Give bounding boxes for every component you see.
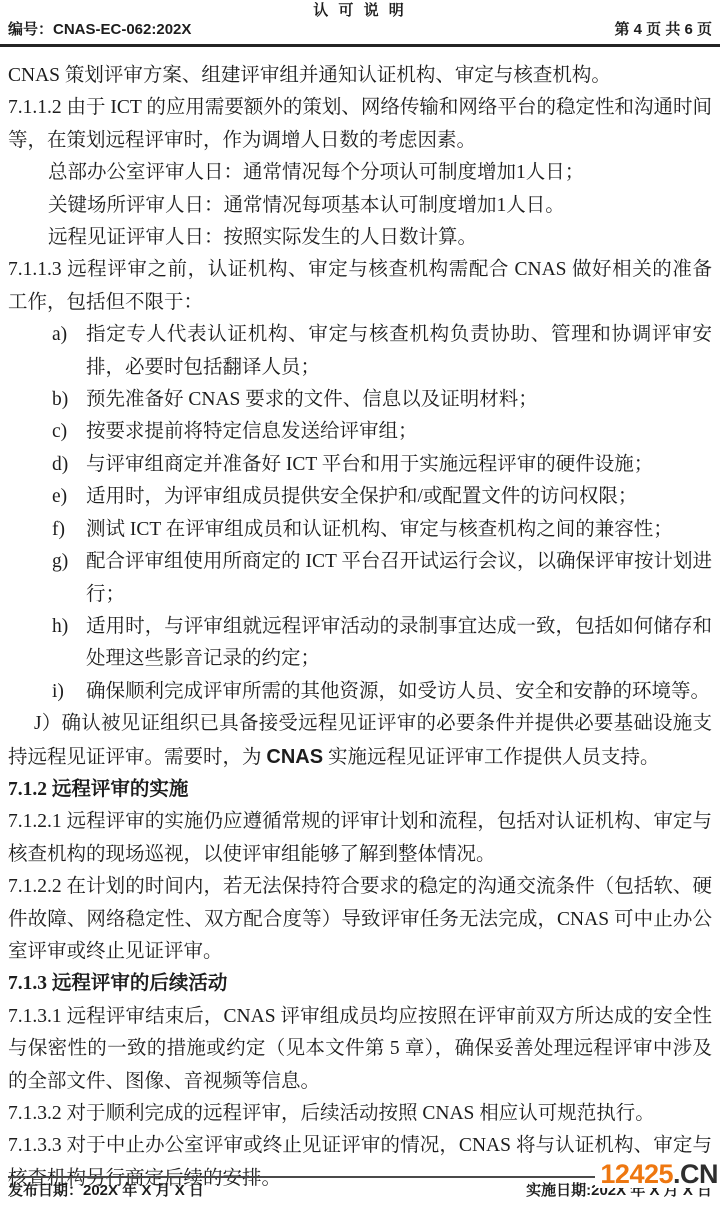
inline-text: 实施远程见证评审工作提供人员支持。 (323, 747, 659, 768)
list-item-marker: a) (52, 319, 86, 384)
list-item: i)确保顺利完成评审所需的其他资源，如受访人员、安全和安静的环境等。 (8, 676, 712, 708)
list-item-text: 确保顺利完成评审所需的其他资源，如受访人员、安全和安静的环境等。 (86, 676, 712, 708)
watermark-number: 12425 (600, 1159, 673, 1189)
issue-date: 发布日期：202X 年 X 月 X 日 (8, 1181, 204, 1200)
list-item: c)按要求提前将特定信息发送给评审组； (8, 416, 712, 448)
paragraph: 7.1.2.1 远程评审的实施仍应遵循常规的评审计划和流程，包括对认证机构、审定… (8, 806, 712, 871)
list-item-marker: c) (52, 416, 86, 448)
list-item-text: 与评审组商定并准备好 ICT 平台和用于实施远程评审的硬件设施； (86, 449, 712, 481)
paragraph: 总部办公室评审人日：通常情况每个分项认可制度增加1人日； (8, 157, 712, 189)
list-item-text: 测试 ICT 在评审组成员和认证机构、审定与核查机构之间的兼容性； (86, 514, 712, 546)
list-item-marker: i) (52, 676, 86, 708)
list-item-marker: d) (52, 449, 86, 481)
document-page: 认 可 说 明 编号：CNAS-EC-062:202X 第 4 页 共 6 页 … (0, 0, 720, 1205)
doc-number: 编号：CNAS-EC-062:202X (8, 21, 191, 39)
list-item: b)预先准备好 CNAS 要求的文件、信息以及证明材料； (8, 384, 712, 416)
list-item: f)测试 ICT 在评审组成员和认证机构、审定与核查机构之间的兼容性； (8, 514, 712, 546)
list-item-marker: f) (52, 514, 86, 546)
page-footer: 12425.CN 发布日期：202X 年 X 月 X 日 实施日期:202X 年… (0, 1176, 720, 1205)
list-item: d)与评审组商定并准备好 ICT 平台和用于实施远程评审的硬件设施； (8, 449, 712, 481)
paragraph: 7.1.1.3 远程评审之前，认证机构、审定与核查机构需配合 CNAS 做好相关… (8, 254, 712, 319)
list-item-marker: e) (52, 481, 86, 513)
watermark-domain-suffix: .CN (673, 1159, 718, 1189)
list-item-text: 配合评审组使用所商定的 ICT 平台召开试运行会议，以确保评审按计划进行； (86, 546, 712, 611)
list-item-marker: g) (52, 546, 86, 611)
paragraph: CNAS 策划评审方案、组建评审组并通知认证机构、审定与核查机构。 (8, 60, 712, 92)
inline-sans-text: CNAS (266, 746, 323, 768)
paragraph: 7.1.2.2 在计划的时间内，若无法保持符合要求的稳定的沟通交流条件（包括软、… (8, 871, 712, 968)
watermark: 12425.CN (595, 1161, 718, 1188)
list-item: e)适用时，为评审组成员提供安全保护和/或配置文件的访问权限； (8, 481, 712, 513)
document-title: 认 可 说 明 (8, 2, 712, 19)
list-item: a)指定专人代表认证机构、审定与核查机构负责协助、管理和协调评审安排，必要时包括… (8, 319, 712, 384)
list-item-text: 预先准备好 CNAS 要求的文件、信息以及证明材料； (86, 384, 712, 416)
paragraph: 7.1.1.2 由于 ICT 的应用需要额外的策划、网络传输和网络平台的稳定性和… (8, 92, 712, 157)
paragraph: 远程见证评审人日：按照实际发生的人日数计算。 (8, 222, 712, 254)
paragraph: J）确认被见证组织已具备接受远程见证评审的必要条件并提供必要基础设施支持远程见证… (8, 708, 712, 774)
paragraph: 关键场所评审人日：通常情况每项基本认可制度增加1人日。 (8, 190, 712, 222)
list-item-text: 指定专人代表认证机构、审定与核查机构负责协助、管理和协调评审安排，必要时包括翻译… (86, 319, 712, 384)
list-item-text: 适用时，与评审组就远程评审活动的录制事宜达成一致，包括如何储存和处理这些影音记录… (86, 611, 712, 676)
list-item-text: 按要求提前将特定信息发送给评审组； (86, 416, 712, 448)
section-heading: 7.1.2 远程评审的实施 (8, 774, 712, 806)
page-header: 认 可 说 明 编号：CNAS-EC-062:202X 第 4 页 共 6 页 (0, 0, 720, 47)
list-item-marker: b) (52, 384, 86, 416)
list-item: h)适用时，与评审组就远程评审活动的录制事宜达成一致，包括如何储存和处理这些影音… (8, 611, 712, 676)
list-item: g)配合评审组使用所商定的 ICT 平台召开试运行会议，以确保评审按计划进行； (8, 546, 712, 611)
document-body: CNAS 策划评审方案、组建评审组并通知认证机构、审定与核查机构。7.1.1.2… (0, 47, 720, 1195)
list-item-marker: h) (52, 611, 86, 676)
paragraph: 7.1.3.1 远程评审结束后，CNAS 评审组成员均应按照在评审前双方所达成的… (8, 1001, 712, 1098)
header-meta-row: 编号：CNAS-EC-062:202X 第 4 页 共 6 页 (8, 19, 712, 44)
paragraph: 7.1.3.2 对于顺利完成的远程评审，后续活动按照 CNAS 相应认可规范执行… (8, 1098, 712, 1130)
page-indicator: 第 4 页 共 6 页 (614, 21, 712, 39)
list-item-text: 适用时，为评审组成员提供安全保护和/或配置文件的访问权限； (86, 481, 712, 513)
section-heading: 7.1.3 远程评审的后续活动 (8, 968, 712, 1000)
